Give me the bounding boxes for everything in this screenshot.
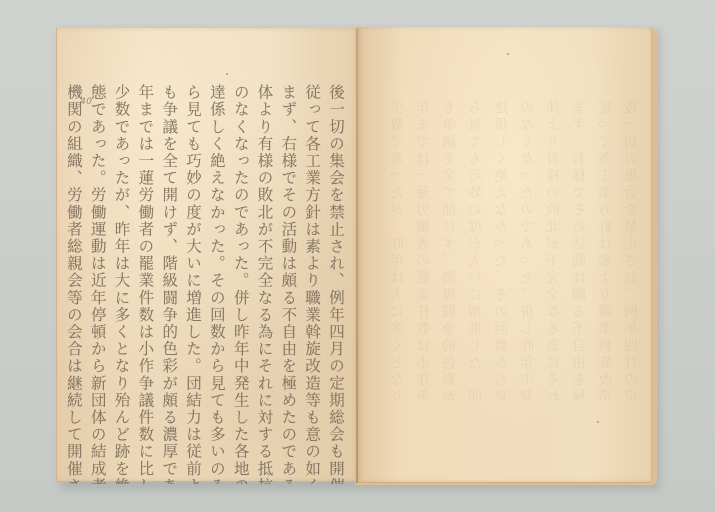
show-through-text: 後一切の集会を禁止され、例年四月の定期総会も開催が出来ず 従って各工業方針は素よ… (372, 100, 642, 400)
ghost-column: のなくなったのであった。併し昨年中発生した各地の罷業争議は (518, 100, 538, 400)
scene: 40 後一切の集会を禁止され、例年四月の定期総会も開催が出来ず 従って各工業方針… (0, 0, 715, 512)
text-column: 体より有様の敗北が不完全なる為にそれに対する抵抗と訓練、整 (255, 84, 277, 484)
ghost-column: 従って各工業方針は素より職業斡旋改造等も意の如く進 (596, 100, 616, 400)
text-column: 後一切の集会を禁止され、例年四月の定期総会も開催が出来ず (326, 84, 348, 484)
ghost-column: も争議を全て開けず、階級闘争的色彩が頗る濃厚であった。一昨 (440, 100, 460, 400)
paper-speck (507, 53, 509, 55)
text-column: 達係しく絶えなかった。その回数から見ても多いのみならず、その戦術か (207, 84, 229, 484)
ghost-column: まず、右様でその活動は頗る不自由を極めたのである。その細胞団 (570, 100, 590, 400)
text-column: 機関の組織、労働者総親会等の会合は継続して開催された。昨年 (64, 84, 86, 484)
ghost-column: 少数であったが、昨年は大に多くとなり殆んど跡を絶えない状 (388, 100, 408, 400)
text-column: ら見ても巧妙の度が大いに増進した。団結力は従前よく保たして如何に (183, 84, 205, 484)
ghost-column: 年までは一蓮労働者の罷業件数は小作争議件数に比し極く (414, 100, 434, 400)
ghost-column: ら見ても巧妙の度が大いに増進した。団結力は従前よく保たして如何に (466, 100, 486, 400)
manuscript-text: 後一切の集会を禁止され、例年四月の定期総会も開催が出来ず 従って各工業方針は素よ… (64, 84, 354, 484)
paper-speck (226, 73, 228, 75)
book-spine (356, 28, 358, 483)
ghost-column: 後一切の集会を禁止され、例年四月の定期総会も開催が出来ず (622, 100, 642, 400)
ghost-column: 体より有様の敗北が不完全なる為にそれに対する抵抗と訓練、整 (544, 100, 564, 400)
text-column: 態であった。労働運動は近年停頓から新団体の結成者には戦闘 (88, 84, 110, 484)
paper-speck (597, 421, 599, 423)
text-column: まず、右様でその活動は頗る不自由を極めたのである。その細胞団 (279, 84, 301, 484)
text-column: 年までは一蓮労働者の罷業件数は小作争議件数に比し極く (136, 84, 158, 484)
text-column: 少数であったが、昨年は大に多くとなり殆んど跡を絶えない状 (112, 84, 134, 484)
text-column: 従って各工業方針は素より職業斡旋改造等も意の如く進 (302, 84, 324, 484)
ghost-column: 達係しく絶えなかった。その回数から見ても多いのみならず、その戦術か (492, 100, 512, 400)
text-column: のなくなったのであった。併し昨年中発生した各地の罷業争議は (231, 84, 253, 484)
text-column: も争議を全て開けず、階級闘争的色彩が頗る濃厚であった。一昨 (159, 84, 181, 484)
paper-speck (71, 398, 73, 400)
